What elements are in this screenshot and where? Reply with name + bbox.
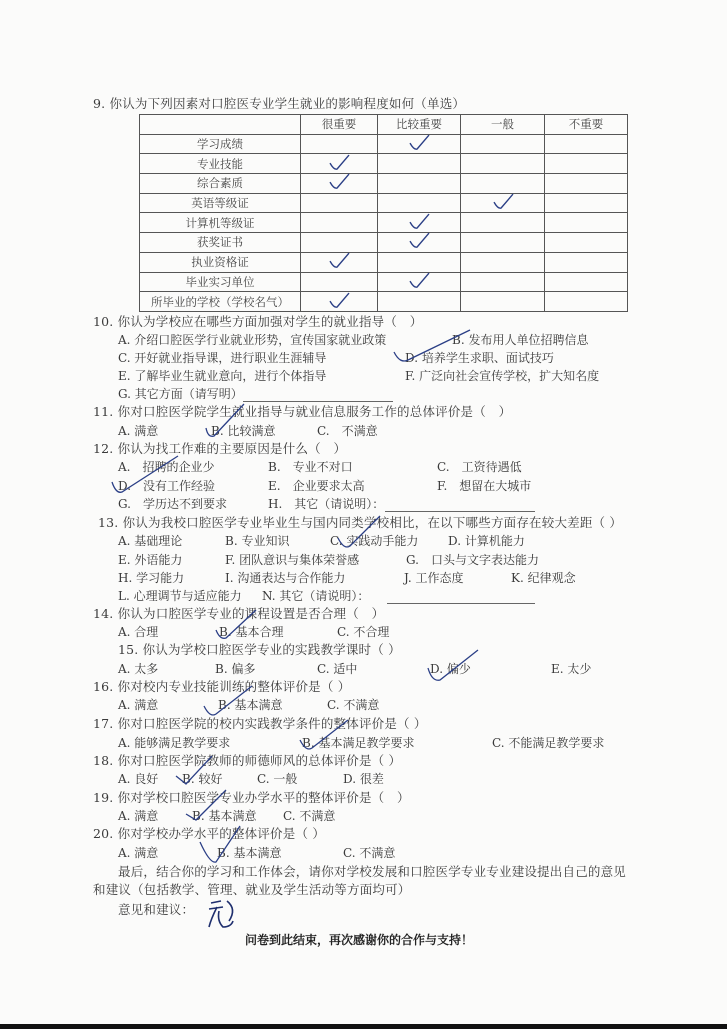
rating-cell[interactable]: [545, 134, 628, 154]
survey-page: 9. 你认为下列因素对口腔医专业学生就业的影响程度如何（单选） 很重要 比较重要…: [0, 0, 727, 1024]
q13-option-i[interactable]: I. 沟通表达与合作能力: [225, 570, 345, 586]
final-prompt-line1: 最后，结合你的学习和工作体会，请你对学校发展和口腔医学专业专业建设提出自己的意见: [118, 864, 626, 880]
q19-title: 19. 你对学校口腔医学专业办学水平的整体评价是（ ）: [93, 790, 410, 806]
rating-cell[interactable]: [301, 213, 378, 233]
q11-checkmark-icon: [200, 400, 250, 440]
rating-cell[interactable]: [378, 272, 461, 292]
rating-cell[interactable]: [301, 233, 378, 253]
q10-option-a[interactable]: A. 介绍口腔医学行业就业形势，宣传国家就业政策: [118, 332, 386, 348]
q10-option-c[interactable]: C. 开好就业指导课，进行职业生涯辅导: [118, 350, 326, 366]
table-header-row: 很重要 比较重要 一般 不重要: [140, 115, 628, 135]
final-prompt-line2: 和建议（包括教学、管理、就业及学生活动等方面均可）: [93, 882, 411, 898]
q13-option-a[interactable]: A. 基础理论: [118, 533, 182, 549]
q13-checkmark-icon: [334, 512, 384, 554]
q12-option-g[interactable]: G. 学历达不到要求: [118, 496, 227, 512]
rating-cell[interactable]: [545, 252, 628, 272]
q16-option-c[interactable]: C. 不满意: [327, 697, 379, 713]
q18-option-c[interactable]: C. 一般: [257, 771, 297, 787]
rating-cell[interactable]: [378, 154, 461, 174]
q12-option-e[interactable]: E. 企业要求太高: [268, 478, 365, 494]
header-average: 一般: [461, 115, 545, 135]
rating-cell[interactable]: [461, 193, 545, 213]
header-not-important: 不重要: [545, 115, 628, 135]
q20-option-a[interactable]: A. 满意: [118, 845, 158, 861]
checkmark-icon: [408, 233, 430, 251]
rating-cell[interactable]: [301, 174, 378, 194]
q12-option-c[interactable]: C. 工资待遇低: [437, 459, 522, 475]
q15-option-b[interactable]: B. 偏多: [215, 661, 255, 677]
q19-option-c[interactable]: C. 不满意: [283, 808, 335, 824]
q14-checkmark-icon: [212, 606, 262, 642]
q17-title: 17. 你对口腔医学院的校内实践教学条件的整体评价是（ ）: [93, 716, 427, 732]
q13-option-b[interactable]: B. 专业知识: [225, 533, 289, 549]
factor-label: 所毕业的学校（学校名气）: [140, 292, 301, 312]
rating-cell[interactable]: [545, 193, 628, 213]
rating-cell[interactable]: [461, 154, 545, 174]
q13-option-n[interactable]: N. 其它（请说明）：: [262, 588, 369, 604]
q15-option-e[interactable]: E. 太少: [551, 661, 591, 677]
q18-option-d[interactable]: D. 很差: [343, 771, 384, 787]
q9-table-body: 学习成绩专业技能综合素质英语等级证计算机等级证获奖证书执业资格证毕业实习单位所毕…: [140, 134, 628, 311]
scan-edge: [0, 1024, 727, 1029]
rating-cell[interactable]: [301, 193, 378, 213]
header-fairly-important: 比较重要: [378, 115, 461, 135]
table-row: 获奖证书: [140, 233, 628, 253]
checkmark-icon: [408, 272, 430, 290]
rating-cell[interactable]: [301, 272, 378, 292]
q13-option-g[interactable]: G. 口头与文字表达能力: [406, 552, 539, 568]
q18-checkmark-icon: [172, 752, 222, 790]
rating-cell[interactable]: [461, 174, 545, 194]
table-row: 专业技能: [140, 154, 628, 174]
q10-other-blank[interactable]: [243, 401, 393, 402]
table-row: 学习成绩: [140, 134, 628, 154]
rating-cell[interactable]: [545, 174, 628, 194]
checkmark-icon: [408, 134, 430, 152]
rating-cell[interactable]: [301, 292, 378, 312]
checkmark-icon: [328, 174, 350, 192]
q17-option-c[interactable]: C. 不能满足教学要求: [492, 735, 604, 751]
q9-title: 9. 你认为下列因素对口腔医专业学生就业的影响程度如何（单选）: [93, 96, 465, 112]
q20-option-c[interactable]: C. 不满意: [343, 845, 395, 861]
rating-cell[interactable]: [545, 233, 628, 253]
header-blank: [140, 115, 301, 135]
rating-cell[interactable]: [378, 174, 461, 194]
q13-option-l[interactable]: L. 心理调节与适应能力: [118, 588, 242, 604]
rating-cell[interactable]: [378, 213, 461, 233]
checkmark-icon: [492, 193, 514, 211]
rating-cell[interactable]: [461, 292, 545, 312]
rating-cell[interactable]: [378, 134, 461, 154]
closing-message: 问卷到此结束，再次感谢你的合作与支持！: [245, 931, 473, 948]
rating-cell[interactable]: [301, 252, 378, 272]
q11-option-c[interactable]: C. 不满意: [317, 423, 378, 439]
table-row: 毕业实习单位: [140, 272, 628, 292]
q11-option-a[interactable]: A. 满意: [118, 423, 158, 439]
checkmark-icon: [328, 292, 350, 310]
q13-option-k[interactable]: K. 纪律观念: [511, 570, 576, 586]
rating-cell[interactable]: [378, 193, 461, 213]
rating-cell[interactable]: [301, 154, 378, 174]
table-row: 英语等级证: [140, 193, 628, 213]
q12-option-h[interactable]: H. 其它（请说明）：: [268, 496, 384, 512]
q15-option-c[interactable]: C. 适中: [317, 661, 357, 677]
factor-label: 专业技能: [140, 154, 301, 174]
rating-cell[interactable]: [461, 252, 545, 272]
rating-cell[interactable]: [461, 272, 545, 292]
factor-label: 获奖证书: [140, 233, 301, 253]
q15-option-a[interactable]: A. 太多: [118, 661, 158, 677]
rating-cell[interactable]: [545, 154, 628, 174]
q17-checkmark-icon: [296, 716, 356, 754]
rating-cell[interactable]: [461, 134, 545, 154]
checkmark-icon: [328, 154, 350, 172]
handwritten-answer-icon: [205, 897, 239, 931]
q9-rating-table: 很重要 比较重要 一般 不重要 学习成绩专业技能综合素质英语等级证计算机等级证获…: [139, 114, 628, 312]
q12-option-b[interactable]: B. 专业不对口: [268, 459, 353, 475]
header-very-important: 很重要: [301, 115, 378, 135]
factor-label: 执业资格证: [140, 252, 301, 272]
table-row: 综合素质: [140, 174, 628, 194]
factor-label: 学习成绩: [140, 134, 301, 154]
q14-option-c[interactable]: C. 不合理: [337, 624, 389, 640]
q13-option-h[interactable]: H. 学习能力: [118, 570, 184, 586]
q12-option-f[interactable]: F. 想留在大城市: [437, 478, 531, 494]
factor-label: 英语等级证: [140, 193, 301, 213]
checkmark-icon: [328, 252, 350, 270]
q12-other-blank[interactable]: [385, 511, 535, 512]
q15-title: 15. 你认为学校口腔医学专业的实践教学课时（ ）: [118, 642, 401, 658]
q19-checkmark-icon: [182, 786, 232, 826]
q10-title: 10. 你认为学校应在哪些方面加强对学生的就业指导（ ）: [93, 314, 422, 330]
q15-checkmark-icon: [424, 646, 484, 686]
q18-title: 18. 你对口腔医学院教师的师德师风的总体评价是（ ）: [93, 753, 401, 769]
q13-option-j[interactable]: J. 工作态度: [404, 570, 464, 586]
rating-cell[interactable]: [301, 134, 378, 154]
q10-option-f[interactable]: F. 广泛向社会宣传学校，扩大知名度: [405, 368, 599, 384]
factor-label: 毕业实习单位: [140, 272, 301, 292]
rating-cell[interactable]: [545, 292, 628, 312]
q20-checkmark-icon: [196, 822, 246, 870]
q11-title: 11. 你对口腔医学院学生就业指导与就业信息服务工作的总体评价是（ ）: [93, 404, 511, 420]
checkmark-icon: [408, 213, 430, 231]
rating-cell[interactable]: [545, 272, 628, 292]
rating-cell[interactable]: [378, 252, 461, 272]
table-row: 计算机等级证: [140, 213, 628, 233]
q13-option-e[interactable]: E. 外语能力: [118, 552, 182, 568]
q13-option-d[interactable]: D. 计算机能力: [448, 533, 525, 549]
q14-option-a[interactable]: A. 合理: [118, 624, 158, 640]
q10-checkmark-icon: [390, 326, 480, 366]
rating-cell[interactable]: [461, 233, 545, 253]
rating-cell[interactable]: [461, 213, 545, 233]
rating-cell[interactable]: [378, 233, 461, 253]
factor-label: 计算机等级证: [140, 213, 301, 233]
rating-cell[interactable]: [378, 292, 461, 312]
q13-other-blank[interactable]: [387, 603, 535, 604]
q17-option-a[interactable]: A. 能够满足教学要求: [118, 735, 230, 751]
factor-label: 综合素质: [140, 174, 301, 194]
suggestions-label: 意见和建议：: [118, 902, 194, 918]
q12-checkmark-icon: [108, 452, 188, 498]
table-row: 执业资格证: [140, 252, 628, 272]
table-row: 所毕业的学校（学校名气）: [140, 292, 628, 312]
q16-option-a[interactable]: A. 满意: [118, 697, 158, 713]
q18-option-a[interactable]: A. 良好: [118, 771, 158, 787]
q13-option-f[interactable]: F. 团队意识与集体荣誉感: [225, 552, 359, 568]
q10-option-e[interactable]: E. 了解毕业生就业意向，进行个体指导: [118, 368, 326, 384]
q19-option-a[interactable]: A. 满意: [118, 808, 158, 824]
rating-cell[interactable]: [545, 213, 628, 233]
